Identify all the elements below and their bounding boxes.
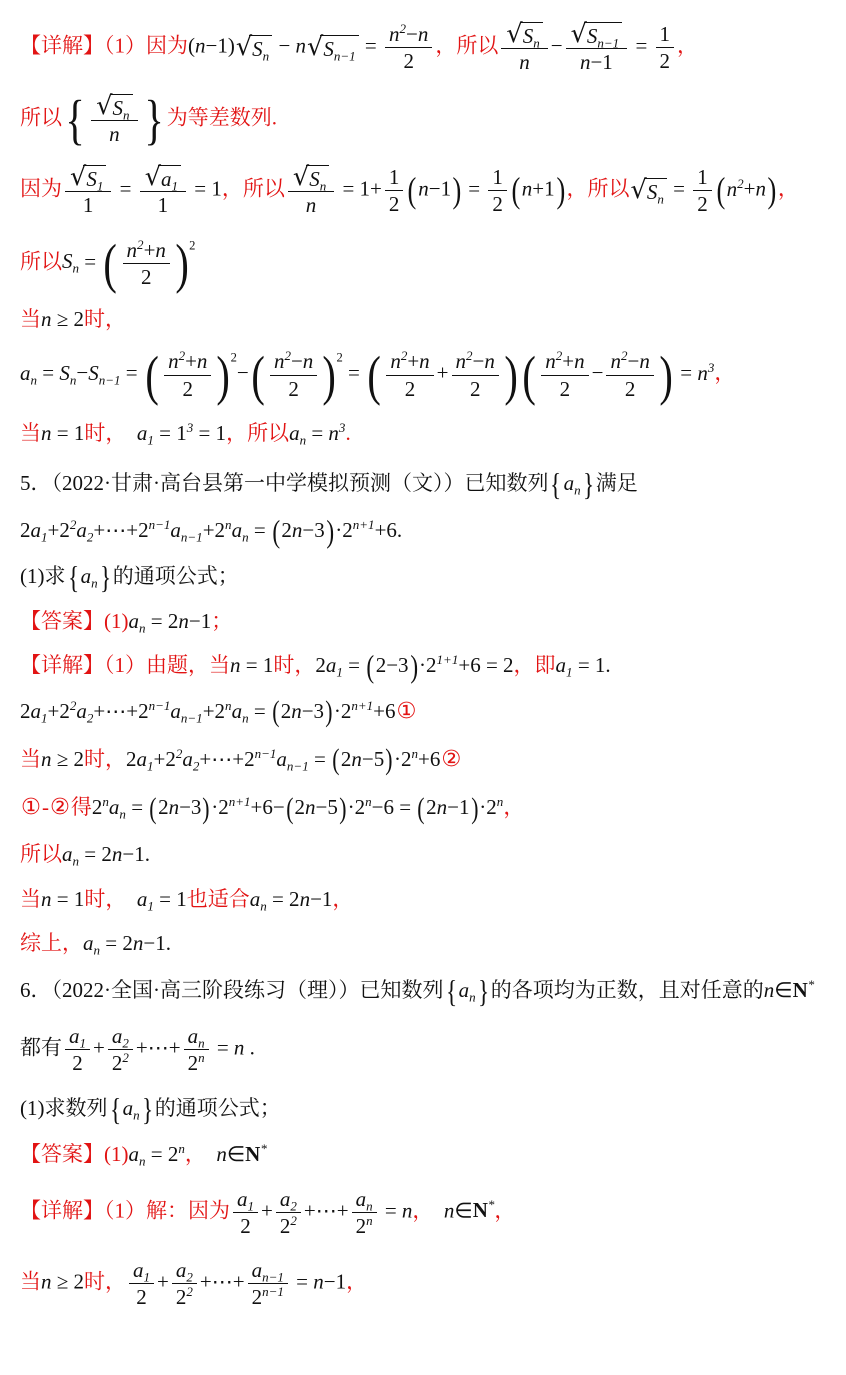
- math-roman: 2: [315, 653, 326, 677]
- bracket: {: [109, 1099, 120, 1122]
- math-roman: =: [675, 361, 697, 385]
- problem6-answer: 【答案】(1)an = 2n， n∈N*: [20, 1139, 832, 1169]
- math-roman: 1: [492, 165, 503, 189]
- fraction: n2−n2: [452, 348, 499, 402]
- math-roman: +⋯+: [200, 1270, 245, 1294]
- fraction: √Sn−1n−1: [566, 20, 628, 76]
- math-roman: +: [261, 1198, 273, 1222]
- fraction: n2−n2: [385, 21, 432, 75]
- math-roman: 2: [389, 192, 400, 216]
- text-run: 的通项公式；: [155, 1096, 281, 1120]
- superscripted-symbol: 2n: [355, 795, 372, 819]
- problem6-part1: (1)求数列{an}的通项公式；: [20, 1093, 832, 1123]
- math-roman: +: [203, 518, 215, 542]
- math-roman: −: [406, 22, 418, 46]
- math-roman: +: [407, 349, 419, 373]
- math-italic: n: [522, 177, 533, 201]
- subscripted-symbol: an: [83, 931, 100, 955]
- bracket: (: [145, 356, 158, 395]
- sqrt: √Sn: [631, 178, 667, 204]
- problem6-statement: 6．（2022·全国·高三阶段练习（理））已知数列{an}的各项均为正数，且对任…: [20, 975, 832, 1005]
- text-run: 当: [20, 421, 41, 445]
- bracket: (: [367, 356, 380, 395]
- math-roman: −1: [189, 609, 211, 633]
- fraction: n2+n2: [164, 348, 211, 402]
- text-run: 综上，: [20, 931, 83, 955]
- math-italic: n: [155, 238, 166, 262]
- subscripted-symbol: Sn: [523, 24, 540, 48]
- fraction: a12: [129, 1257, 154, 1311]
- text-run: 所以: [20, 249, 62, 273]
- text-run: [195, 1142, 216, 1166]
- math-italic: n: [437, 795, 448, 819]
- math-italic: n: [351, 747, 362, 771]
- subscripted-symbol: an: [356, 1187, 373, 1211]
- math-roman: +6.: [375, 518, 403, 542]
- fraction: an−12n−1: [248, 1257, 288, 1311]
- text-run: -: [42, 795, 49, 819]
- subscripted-symbol: a2: [280, 1187, 297, 1211]
- subscripted-symbol: a1: [556, 653, 573, 677]
- superscripted-symbol: 2n: [401, 747, 418, 771]
- circled-number: ①: [396, 698, 418, 724]
- math-italic: n: [484, 349, 495, 373]
- math-roman: =: [380, 1198, 402, 1222]
- subscripted-symbol: an: [564, 471, 581, 495]
- math-italic: n: [41, 747, 52, 771]
- math-roman: ≥ 2: [52, 1270, 85, 1294]
- subscripted-symbol: an−1: [170, 518, 202, 542]
- math-roman: −1: [324, 1270, 346, 1294]
- math-roman: +: [154, 747, 166, 771]
- math-roman: 2: [492, 192, 503, 216]
- bracket: ): [325, 702, 332, 723]
- math-roman: ·: [348, 795, 355, 819]
- math-roman: (: [188, 34, 195, 58]
- sqrt: √Sn: [506, 22, 542, 48]
- subscripted-symbol: a1: [137, 887, 154, 911]
- text-run: ，: [714, 361, 735, 385]
- text-run: ，: [435, 34, 456, 58]
- subscripted-symbol: an: [232, 518, 249, 542]
- math-roman: −1): [206, 34, 235, 58]
- math-roman: ·: [334, 699, 341, 723]
- text-run: 所以: [588, 177, 630, 201]
- math-roman: =: [343, 653, 365, 677]
- text-run: ；: [211, 609, 232, 633]
- math-roman: 2: [288, 377, 299, 401]
- subscripted-symbol: Sn−1: [323, 37, 355, 61]
- bracket: ): [203, 799, 210, 820]
- problem5-equation: 2a1+22a2+⋯+2n−1an−1+2nan = (2n−3)·2n+1+6…: [20, 515, 832, 545]
- text-run: 当: [20, 747, 41, 771]
- math-roman: 2: [697, 192, 708, 216]
- superscripted-symbol: 2n: [215, 518, 232, 542]
- subscripted-symbol: a2: [112, 1024, 129, 1048]
- superscripted-symbol: N*: [245, 1142, 267, 1166]
- p4-detail-line7: 当n = 1时， a1 = 13 = 1，所以an = n3.: [20, 418, 832, 448]
- subscripted-symbol: Sn: [252, 37, 269, 61]
- superscripted-symbol: 22: [59, 699, 76, 723]
- text-run: 都有: [20, 1036, 62, 1060]
- math-italic: n: [109, 122, 120, 146]
- math-roman: −: [237, 361, 249, 385]
- subscripted-symbol: a1: [31, 518, 48, 542]
- math-italic: n: [755, 177, 766, 201]
- fraction: an2n: [352, 1186, 377, 1240]
- math-roman: ∈: [227, 1142, 245, 1166]
- subscripted-symbol: a1: [69, 1024, 86, 1048]
- text-run: ，: [412, 1198, 423, 1222]
- math-italic: n: [418, 22, 429, 46]
- sqrt: √Sn−1: [571, 22, 623, 48]
- math-roman: 2: [470, 377, 481, 401]
- math-roman: =: [343, 361, 365, 385]
- problem5-detail-line5: 所以an = 2n−1.: [20, 839, 832, 869]
- superscripted-symbol: n2: [727, 177, 744, 201]
- math-roman: = 1: [154, 887, 187, 911]
- text-run: 得: [71, 795, 92, 819]
- math-italic: n: [574, 349, 585, 373]
- bracket: (: [104, 244, 117, 283]
- math-roman: −1: [310, 887, 332, 911]
- bracket: ): [471, 799, 478, 820]
- superscripted-symbol: 2n+1: [218, 795, 250, 819]
- math-italic: n: [133, 931, 144, 955]
- fraction: a12: [65, 1023, 90, 1077]
- math-italic: n: [444, 1198, 455, 1222]
- math-italic: n: [296, 34, 307, 58]
- math-roman: −5: [362, 747, 384, 771]
- subscripted-symbol: Sn−1: [88, 361, 120, 385]
- superscripted-symbol: 22: [280, 1214, 297, 1238]
- superscripted-symbol: n3: [697, 361, 714, 385]
- subscripted-symbol: an: [289, 421, 306, 445]
- bracket: (: [522, 356, 535, 395]
- text-run: ，: [222, 177, 243, 201]
- subscripted-symbol: a2: [76, 699, 93, 723]
- math-roman: 2: [341, 747, 352, 771]
- math-italic: n: [112, 842, 123, 866]
- fraction: 12: [693, 164, 712, 218]
- math-italic: n: [418, 177, 429, 201]
- math-roman: +6: [418, 747, 440, 771]
- math-roman: =: [291, 1270, 313, 1294]
- superscripted-symbol: n2: [456, 349, 473, 373]
- bracket: ): [659, 356, 672, 395]
- text-run: 当: [20, 1270, 41, 1294]
- sqrt: √a1: [145, 165, 181, 191]
- fraction: n2−n2: [606, 348, 653, 402]
- math-roman: =: [126, 795, 148, 819]
- math-roman: = 1: [189, 177, 222, 201]
- subscripted-symbol: an−1: [170, 699, 202, 723]
- text-run: 所以: [20, 105, 62, 129]
- subscripted-symbol: a2: [176, 1258, 193, 1282]
- subscripted-symbol: an: [62, 842, 79, 866]
- text-run: [116, 421, 137, 445]
- circled-number: ①: [20, 794, 42, 820]
- math-roman: −3: [302, 518, 324, 542]
- subscripted-symbol: Sn: [309, 167, 326, 191]
- math-roman: = 2: [79, 842, 112, 866]
- text-run: ，即: [514, 653, 556, 677]
- fraction: √S11: [65, 163, 111, 219]
- subscripted-symbol: an: [188, 1024, 205, 1048]
- bracket: ): [504, 356, 517, 395]
- bracket: (: [332, 750, 339, 771]
- text-run: 时，: [84, 421, 116, 445]
- subscripted-symbol: a2: [76, 518, 93, 542]
- math-roman: −3: [302, 699, 324, 723]
- bracket: }: [100, 567, 111, 590]
- superscripted-symbol: 2n+1: [341, 699, 373, 723]
- math-roman: +: [144, 238, 156, 262]
- math-roman: 2: [426, 795, 437, 819]
- math-italic: n: [216, 1142, 227, 1166]
- math-roman: = 1: [52, 421, 85, 445]
- math-roman: ·: [419, 653, 426, 677]
- fraction: n2+n2: [541, 348, 588, 402]
- p4-detail-line4: 所以Sn = (n2+n2)2: [20, 237, 832, 291]
- bracket: {: [445, 981, 456, 1004]
- problem6-detail-line1: 【详解】（1）解：因为a12+a222+⋯+an2n = n， n∈N*，: [20, 1186, 832, 1240]
- bracket: (: [272, 702, 279, 723]
- superscripted-symbol: 2n−1: [138, 518, 170, 542]
- subscripted-symbol: a1: [161, 167, 178, 191]
- problem5-detail-line6: 当n = 1时， a1 = 1也适合an = 2n−1，: [20, 884, 832, 914]
- subscripted-symbol: an: [250, 887, 267, 911]
- superscripted-symbol: n2: [389, 22, 406, 46]
- math-roman: +6: [373, 699, 395, 723]
- superscripted-symbol: 2n: [356, 1214, 373, 1238]
- text-run: (1)求数列: [20, 1096, 108, 1120]
- bracket: (: [251, 356, 264, 395]
- bracket: (: [418, 799, 425, 820]
- bracket: (: [367, 656, 375, 679]
- math-italic: n: [580, 50, 591, 74]
- problem5-detail-eq2: 当n ≥ 2时，2a1+22a2+⋯+2n−1an−1 = (2n−5)·2n+…: [20, 743, 832, 775]
- subscripted-symbol: an: [81, 564, 98, 588]
- bracket: (: [408, 178, 417, 204]
- subscripted-symbol: a1: [31, 699, 48, 723]
- math-roman: 1: [697, 165, 708, 189]
- subscripted-symbol: an: [129, 609, 146, 633]
- text-run: 所以: [243, 177, 285, 201]
- math-roman: 2: [405, 377, 416, 401]
- text-run: 时，: [273, 653, 315, 677]
- math-roman: 2: [126, 747, 137, 771]
- math-roman: −: [76, 361, 88, 385]
- math-roman: =: [463, 177, 485, 201]
- math-roman: +: [48, 518, 60, 542]
- math-roman: +: [437, 361, 449, 385]
- math-italic: n: [764, 978, 775, 1002]
- math-italic: n: [230, 653, 241, 677]
- text-run: ，: [185, 1142, 196, 1166]
- bracket: ): [323, 356, 336, 395]
- text-run: 所以: [20, 842, 62, 866]
- p4-detail-line2: 所以{√Snn}为等差数列.: [20, 92, 832, 148]
- text-run: (1)求: [20, 564, 66, 588]
- problem6-equation: 都有a12+a222+⋯+an2n = n .: [20, 1023, 832, 1077]
- math-italic: n: [292, 518, 303, 542]
- subscripted-symbol: a1: [326, 653, 343, 677]
- problem5-detail-line7: 综上，an = 2n−1.: [20, 928, 832, 958]
- text-run: ，: [503, 795, 524, 819]
- math-roman: = 1: [193, 421, 226, 445]
- math-roman: 1: [158, 193, 169, 217]
- math-italic: n: [519, 50, 530, 74]
- math-italic: n: [41, 307, 52, 331]
- text-run: .: [345, 421, 350, 445]
- text-run: ，: [226, 421, 247, 445]
- math-roman: +6 = 2: [458, 653, 513, 677]
- superscripted-symbol: 21+1: [426, 653, 458, 677]
- math-roman: +: [48, 699, 60, 723]
- bracket: }: [478, 981, 489, 1004]
- bracket: ): [556, 178, 565, 204]
- superscripted-symbol: N*: [473, 1198, 495, 1222]
- text-run: [116, 887, 137, 911]
- math-roman: 2: [403, 49, 414, 73]
- text-run: 【答案】: [20, 1142, 104, 1166]
- math-roman: (1): [104, 609, 129, 633]
- math-roman: =: [114, 177, 136, 201]
- math-roman: +: [157, 1270, 169, 1294]
- text-run: 也适合: [187, 887, 250, 911]
- bracket: (: [716, 178, 725, 204]
- math-roman: +⋯+: [93, 699, 138, 723]
- math-roman: −: [473, 349, 485, 373]
- math-roman: +⋯+: [199, 747, 244, 771]
- fraction: a222: [172, 1257, 197, 1311]
- math-roman: −: [592, 361, 604, 385]
- subscripted-symbol: an−1: [252, 1258, 284, 1282]
- superscripted-symbol: n2: [390, 349, 407, 373]
- math-roman: 2: [295, 795, 306, 819]
- superscripted-symbol: 2n−1: [244, 747, 276, 771]
- bracket: ): [217, 356, 230, 395]
- math-roman: ≥ 2: [52, 747, 85, 771]
- text-run: ，: [346, 1270, 367, 1294]
- math-roman: 2: [281, 699, 292, 723]
- math-roman: (1): [104, 1142, 129, 1166]
- math-roman: = 2: [100, 931, 133, 955]
- subscripted-symbol: an: [20, 361, 37, 385]
- superscripted-symbol: n3: [328, 421, 345, 445]
- math-roman: 2: [625, 377, 636, 401]
- superscripted-symbol: 22: [165, 747, 182, 771]
- document-body: 【详解】（1）因为(n−1)√Sn − n√Sn−1 = n2−n2，所以√Sn…: [0, 0, 846, 1317]
- math-roman: +: [562, 349, 574, 373]
- math-roman: ≥ 2: [52, 307, 85, 331]
- bracket: }: [583, 474, 594, 497]
- math-italic: n: [306, 193, 317, 217]
- superscripted-symbol: n2: [610, 349, 627, 373]
- math-roman: ∈: [454, 1198, 472, 1222]
- subscripted-symbol: a1: [137, 421, 154, 445]
- text-run: 当: [20, 887, 41, 911]
- math-roman: −1.: [143, 931, 171, 955]
- p4-detail-line3: 因为√S11 = √a11 = 1，所以√Snn = 1+12(n−1) = 1…: [20, 163, 832, 219]
- fraction: a222: [276, 1186, 301, 1240]
- exponent: 2: [189, 237, 195, 255]
- math-roman: .: [244, 1036, 255, 1060]
- superscripted-symbol: n2: [168, 349, 185, 373]
- text-run: ，: [778, 177, 799, 201]
- math-roman: 2: [158, 795, 169, 819]
- math-italic: n: [639, 349, 650, 373]
- math-roman: +1: [532, 177, 554, 201]
- math-roman: = 1.: [573, 653, 611, 677]
- subscripted-symbol: Sn: [62, 249, 79, 273]
- math-roman: = 2: [267, 887, 300, 911]
- text-run: ，: [677, 34, 698, 58]
- math-roman: = 1: [241, 653, 274, 677]
- exponent: 2: [231, 349, 237, 367]
- circled-number: ②: [440, 746, 462, 772]
- math-italic: n: [197, 349, 208, 373]
- superscripted-symbol: 2n: [188, 1051, 205, 1075]
- sqrt: √Sn−1: [307, 35, 359, 61]
- math-roman: ·: [394, 747, 401, 771]
- math-roman: +: [185, 349, 197, 373]
- math-roman: −: [291, 349, 303, 373]
- math-roman: = 2: [146, 609, 179, 633]
- bracket: (: [272, 521, 280, 544]
- problem6-detail-line2: 当n ≥ 2时，a12+a222+⋯+an−12n−1 = n−1，: [20, 1257, 832, 1311]
- math-roman: 2: [182, 377, 193, 401]
- math-roman: −5: [316, 795, 338, 819]
- math-roman: −1.: [122, 842, 150, 866]
- math-roman: =: [360, 34, 382, 58]
- bracket: ): [385, 750, 392, 771]
- text-run: 6．（2022·全国·高三阶段练习（理））已知数列: [20, 978, 444, 1002]
- subscripted-symbol: Sn: [647, 180, 664, 204]
- bracket: ): [410, 656, 418, 679]
- math-roman: +⋯+: [136, 1036, 181, 1060]
- problem5-detail-line1: 【详解】（1）由题，当n = 1时，2a1 = (2−3)·21+1+6 = 2…: [20, 650, 832, 680]
- math-roman: =: [309, 747, 331, 771]
- text-run: 因为: [20, 177, 62, 201]
- math-roman: =: [306, 421, 328, 445]
- superscripted-symbol: 22: [112, 1051, 129, 1075]
- superscripted-symbol: n2: [127, 238, 144, 262]
- fraction: n2+n2: [123, 237, 170, 291]
- superscripted-symbol: 22: [176, 1285, 193, 1309]
- math-roman: 2: [560, 377, 571, 401]
- math-roman: = 1+: [337, 177, 382, 201]
- math-roman: 2: [281, 518, 292, 542]
- problem5-answer: 【答案】(1)an = 2n−1；: [20, 606, 832, 636]
- superscripted-symbol: 2n+1: [342, 518, 374, 542]
- math-roman: =: [630, 34, 652, 58]
- text-run: ，: [494, 1198, 515, 1222]
- text-run: 为等差数列.: [167, 105, 277, 129]
- math-roman: −: [273, 34, 295, 58]
- math-roman: ∈: [774, 978, 792, 1002]
- subscripted-symbol: an: [123, 1096, 140, 1120]
- sqrt: √Sn: [293, 165, 329, 191]
- math-roman: =: [79, 249, 101, 273]
- math-italic: n: [291, 699, 302, 723]
- fraction: 12: [656, 21, 675, 75]
- subscripted-symbol: Sn: [59, 361, 76, 385]
- text-run: 【答案】: [20, 609, 104, 633]
- math-italic: n: [300, 887, 311, 911]
- math-italic: n: [402, 1198, 413, 1222]
